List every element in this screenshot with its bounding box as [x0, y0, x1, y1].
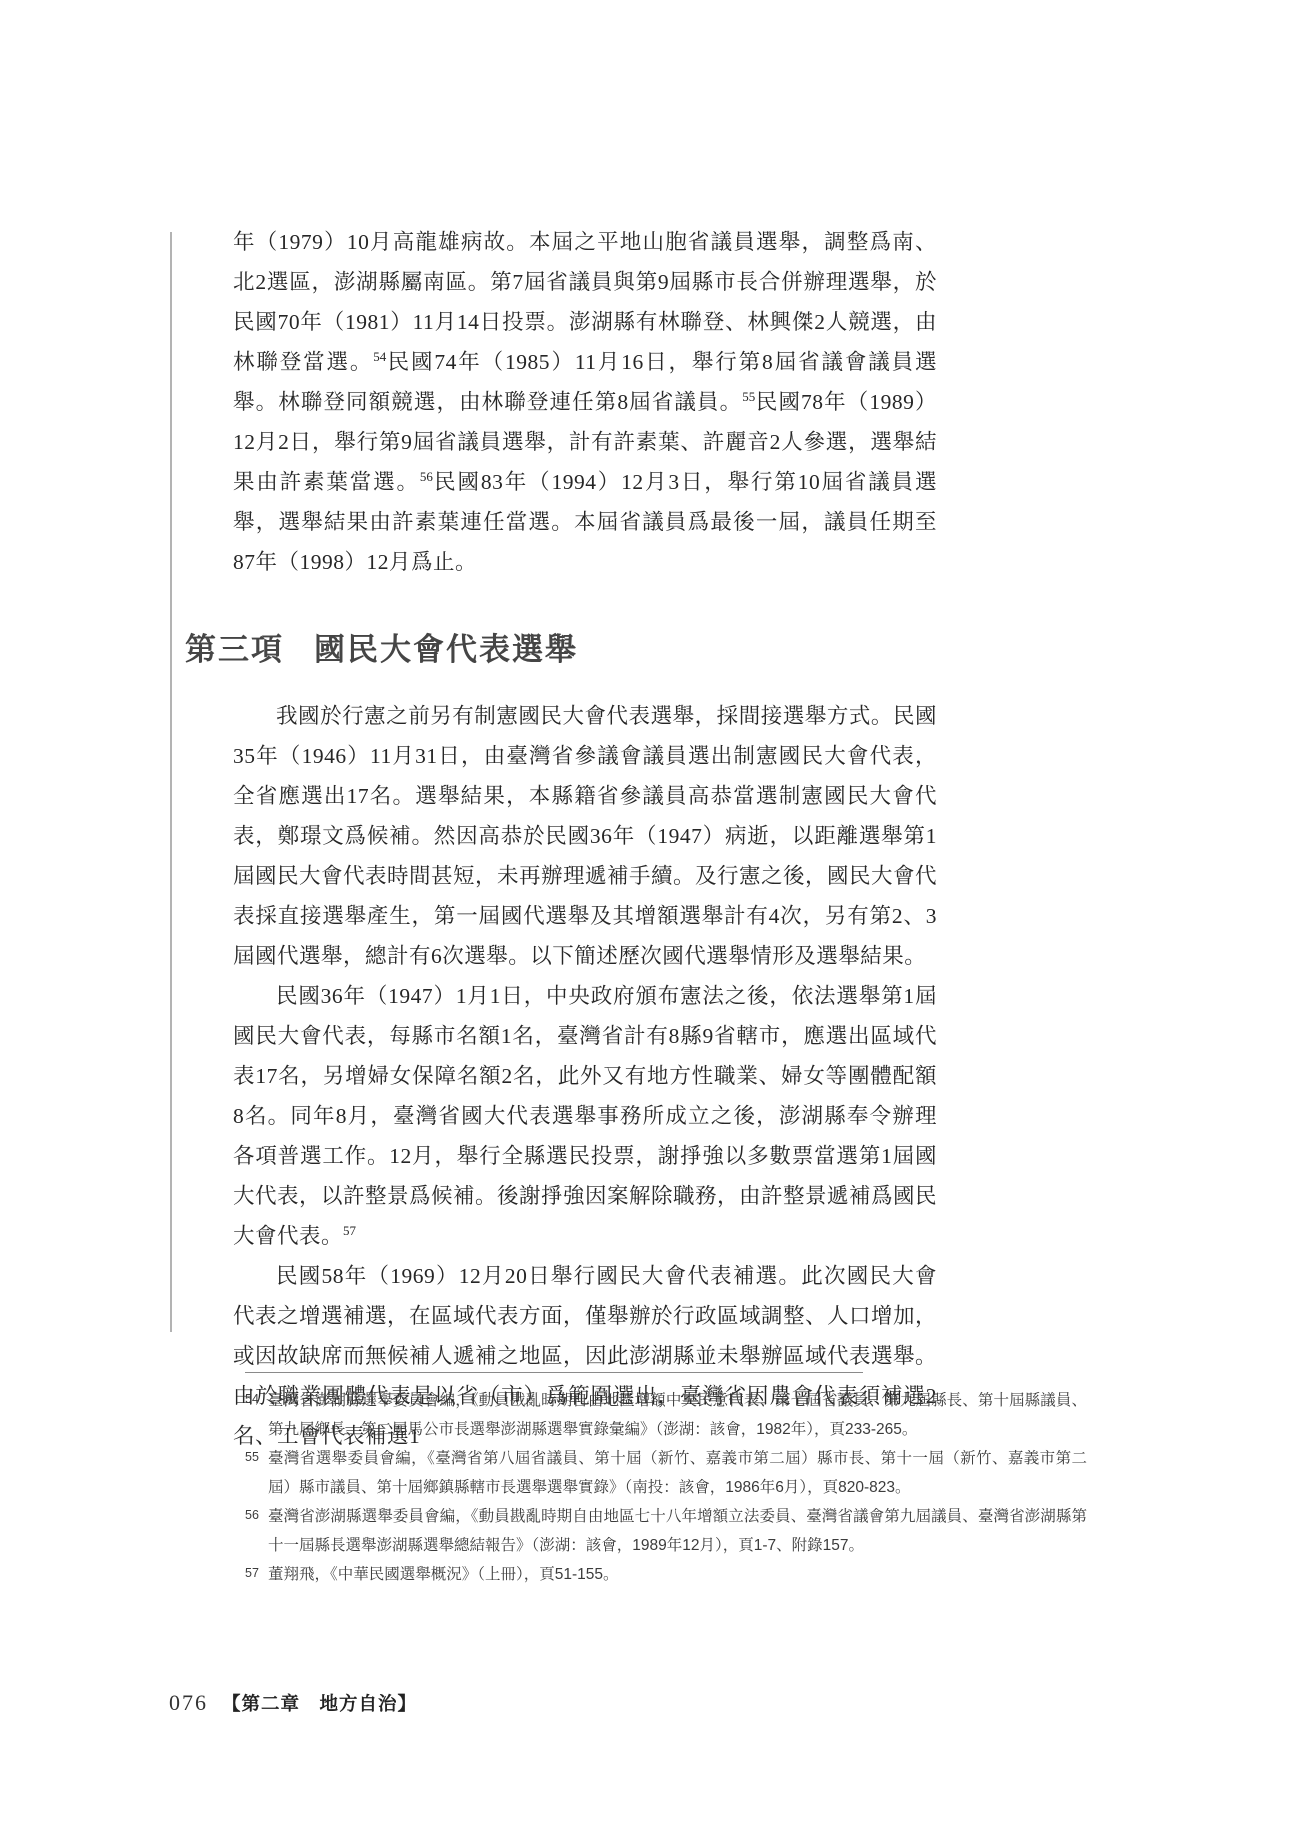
footnote-56-number: 56 — [245, 1501, 259, 1530]
footnote-55-number: 55 — [245, 1443, 259, 1472]
footnote-ref-54: 54 — [373, 349, 386, 364]
book-page: 年（1979）10月高龍雄病故。本屆之平地山胞省議員選舉，調整爲南、北2選區，澎… — [0, 0, 1300, 1838]
footnote-separator — [245, 1372, 863, 1373]
footnote-56: 56臺灣省澎湖縣選舉委員會編，《動員戡亂時期自由地區七十八年增額立法委員、臺灣省… — [245, 1502, 1087, 1560]
footnote-54-text: 臺灣省澎湖縣選舉委員會編，《動員戡亂時期自由地區增額中央民意代表、第七屆省議員、… — [268, 1392, 1087, 1438]
page-footer: 076 【第二章 地方自治】 — [169, 1690, 417, 1716]
page-number: 076 — [169, 1690, 208, 1716]
footnote-55: 55臺灣省選舉委員會編，《臺灣省第八屆省議員、第十屆（新竹、嘉義市第二屆）縣市長… — [245, 1444, 1087, 1502]
body-content: 年（1979）10月高龍雄病故。本屆之平地山胞省議員選舉，調整爲南、北2選區，澎… — [233, 222, 937, 1456]
footnote-ref-57: 57 — [343, 1223, 356, 1238]
footnote-ref-56: 56 — [420, 469, 433, 484]
section-title: 國民大會代表選舉 — [314, 632, 578, 667]
footnote-list: 54臺灣省澎湖縣選舉委員會編，《動員戡亂時期自由地區增額中央民意代表、第七屆省議… — [245, 1386, 1087, 1589]
footnote-56-text: 臺灣省澎湖縣選舉委員會編，《動員戡亂時期自由地區七十八年增額立法委員、臺灣省議會… — [268, 1508, 1087, 1554]
para2-text: 我國於行憲之前另有制憲國民大會代表選舉，採間接選舉方式。民國35年（1946）1… — [233, 704, 937, 968]
section-heading: 第三項國民大會代表選舉 — [185, 628, 937, 672]
left-margin-rule — [170, 232, 172, 1332]
footnote-55-text: 臺灣省選舉委員會編，《臺灣省第八屆省議員、第十屆（新竹、嘉義市第二屆）縣市長、第… — [268, 1450, 1087, 1496]
paragraph-first-election-1947: 民國36年（1947）1月1日，中央政府頒布憲法之後，依法選舉第1屆國民大會代表… — [233, 976, 937, 1256]
chapter-title: 【第二章 地方自治】 — [222, 1690, 417, 1716]
footnote-ref-55: 55 — [742, 389, 755, 404]
paragraph-national-assembly-intro: 我國於行憲之前另有制憲國民大會代表選舉，採間接選舉方式。民國35年（1946）1… — [233, 696, 937, 976]
footnote-57-number: 57 — [245, 1559, 259, 1588]
footnote-57: 57董翔飛，《中華民國選舉概況》（上冊），頁51-155。 — [245, 1560, 1087, 1589]
para3-text: 民國36年（1947）1月1日，中央政府頒布憲法之後，依法選舉第1屆國民大會代表… — [233, 984, 937, 1248]
paragraph-provincial-assembly: 年（1979）10月高龍雄病故。本屆之平地山胞省議員選舉，調整爲南、北2選區，澎… — [233, 222, 937, 582]
footnote-54-number: 54 — [245, 1385, 259, 1414]
section-number: 第三項 — [185, 632, 284, 667]
footnote-57-text: 董翔飛，《中華民國選舉概況》（上冊），頁51-155。 — [268, 1566, 619, 1583]
footnote-54: 54臺灣省澎湖縣選舉委員會編，《動員戡亂時期自由地區增額中央民意代表、第七屆省議… — [245, 1386, 1087, 1444]
